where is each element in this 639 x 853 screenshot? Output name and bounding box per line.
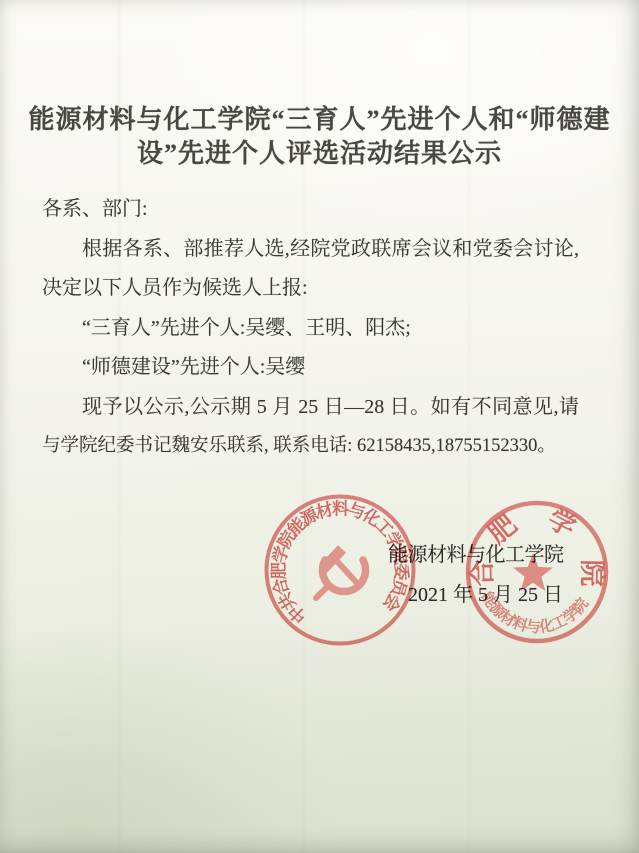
college-seal-top-char: 合	[466, 559, 497, 587]
title-line-2: 设”先进个人评选活动结果公示	[22, 137, 617, 171]
star-icon	[513, 553, 553, 591]
document-title: 能源材料与化工学院“三育人”先进个人和“师德建 设”先进个人评选活动结果公示	[22, 103, 617, 171]
body-line-shide: “师德建设”先进个人:吴缨	[42, 348, 579, 388]
document-body: 各系、部门: 根据各系、部推荐人选,经院党政联席会议和党委会讨论, 决定以下人员…	[42, 190, 579, 467]
college-seal-top-char: 肥	[482, 509, 522, 549]
body-line-sanyuren: “三育人”先进个人:吴缨、王明、阳杰;	[42, 309, 579, 349]
college-seal: 合肥学院能源材料与化工学院	[457, 492, 617, 652]
college-seal-top-char: 学	[543, 504, 581, 543]
body-line: 决定以下人员作为候选人上报:	[42, 269, 579, 309]
salutation-line: 各系、部门:	[42, 190, 579, 230]
scanned-document-page: 能源材料与化工学院“三育人”先进个人和“师德建 设”先进个人评选活动结果公示 各…	[0, 0, 639, 853]
title-line-1: 能源材料与化工学院“三育人”先进个人和“师德建	[22, 103, 617, 137]
party-committee-seal: 中共合肥学院能源材料与化工学院委员会	[255, 485, 425, 655]
college-seal-top-char: 院	[577, 559, 607, 587]
body-line-contact: 与学院纪委书记魏安乐联系, 联系电话: 62158435,18755152330…	[42, 427, 579, 467]
hammer-sickle-icon	[316, 549, 366, 598]
body-line: 现予以公示,公示期 5 月 25 日—28 日。如有不同意见,请	[42, 388, 579, 428]
body-line: 根据各系、部推荐人选,经院党政联席会议和党委会讨论,	[42, 230, 579, 270]
seal-ring	[267, 497, 414, 644]
